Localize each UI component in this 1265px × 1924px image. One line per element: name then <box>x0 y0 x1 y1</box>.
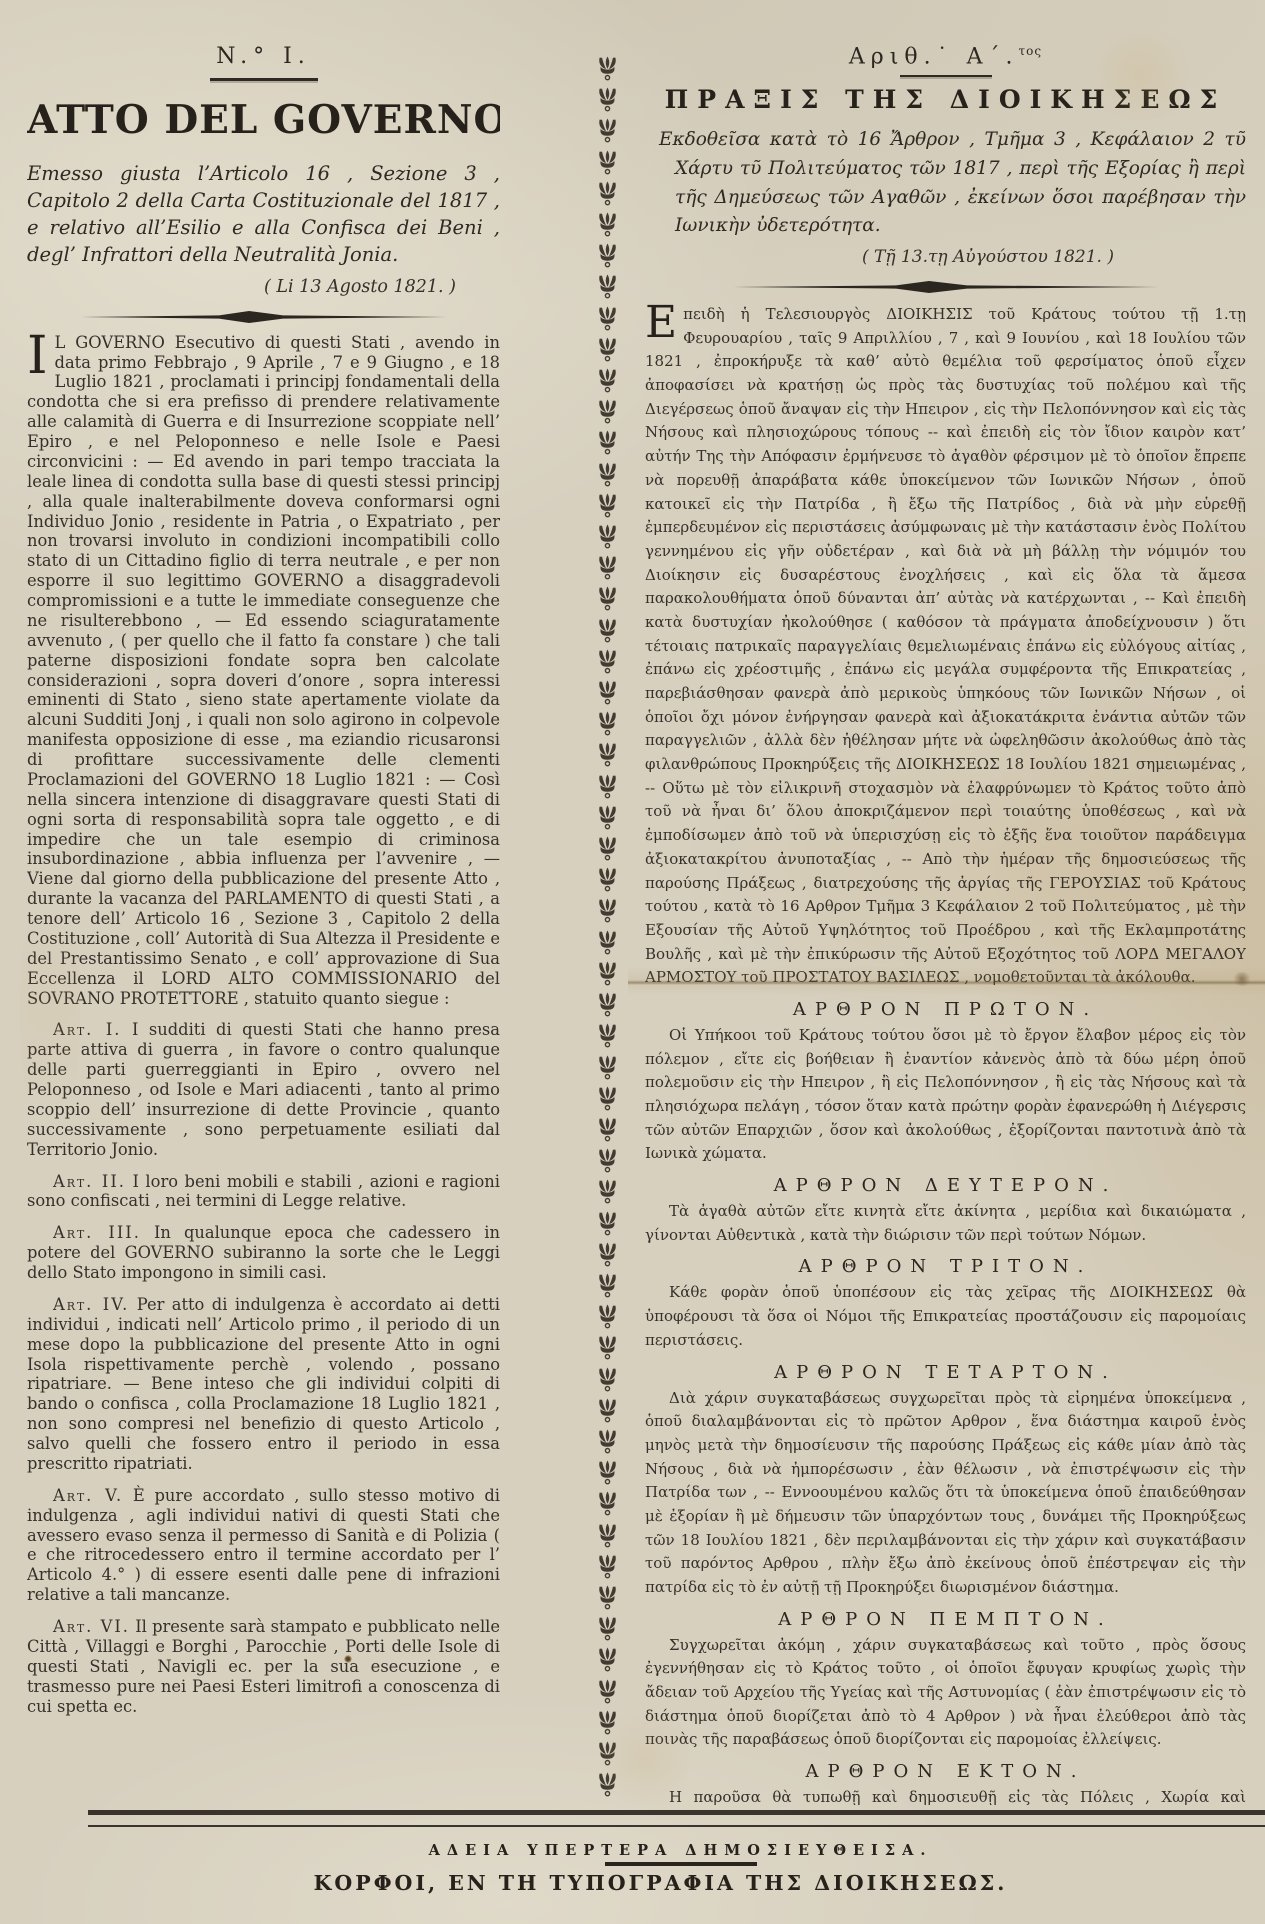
article-2-italian: Art. II. I loro beni mobili e stabili , … <box>27 1172 500 1212</box>
tulip-fleuron-icon <box>597 493 618 520</box>
document-number-greek-text: Αριθ.˙ Α΄. <box>849 44 1019 69</box>
subtitle-greek: Εκδοθεῖσα κατὰ τὸ 16 Ἄρθρον , Τμῆμα 3 , … <box>645 126 1246 241</box>
tulip-fleuron-icon <box>597 1117 618 1144</box>
tulip-fleuron-icon <box>597 118 618 145</box>
article-3-italian: Art. III. In qualunque epoca che cadesse… <box>27 1223 500 1283</box>
tulip-fleuron-icon <box>597 1554 618 1581</box>
tulip-fleuron-icon <box>597 87 618 114</box>
preamble-italian: IL GOVERNO Esecutivo di questi Stati , a… <box>27 333 500 1009</box>
tulip-fleuron-icon <box>597 1679 618 1706</box>
tulip-fleuron-icon <box>597 399 618 426</box>
paper-stain <box>600 1700 690 1820</box>
article-3-label: Art. III. <box>53 1223 141 1242</box>
tulip-fleuron-icon <box>597 992 618 1019</box>
tulip-fleuron-icon <box>597 430 618 457</box>
tulip-fleuron-icon <box>597 1335 618 1362</box>
article-4-italian: Art. IV. Per atto di indulgenza è accord… <box>27 1295 500 1474</box>
tulip-fleuron-icon <box>597 649 618 676</box>
tulip-fleuron-icon <box>597 212 618 239</box>
article-1-italian: Art. I. I sudditi di questi Stati che ha… <box>27 1020 500 1159</box>
article-2-heading-greek: ΑΡΘΡΟΝ ΔΕΥΤΕΡΟΝ. <box>645 1175 1246 1196</box>
tulip-fleuron-icon <box>597 1148 618 1175</box>
article-6-heading-greek: ΑΡΘΡΟΝ ΕΚΤΟΝ. <box>645 1761 1246 1782</box>
imprint-short-rule <box>605 1862 757 1866</box>
italian-column: N.° I. ATTO DEL GOVERNO Emesso giusta l’… <box>27 44 500 1800</box>
tulip-fleuron-icon <box>597 1304 618 1331</box>
date-italian: ( Li 13 Agosto 1821. ) <box>27 277 500 297</box>
tulip-fleuron-icon <box>597 742 618 769</box>
tulip-fleuron-icon <box>597 150 618 177</box>
article-3-greek: Κάθε φορὰν ὁποῦ ὑποπέσουν εἰς τὰς χεῖρας… <box>645 1281 1246 1352</box>
fleuron-divider-column <box>589 56 625 1800</box>
preamble-greek: Επειδὴ ἡ Τελεσιουργὸς ΔΙΟΙΚΗΣΙΣ τοῦ Κράτ… <box>645 303 1246 990</box>
tulip-fleuron-icon <box>597 898 618 925</box>
article-5-italian: Art. V. È pure accordato , sullo stesso … <box>27 1486 500 1605</box>
tulip-fleuron-icon <box>597 1647 618 1674</box>
paper-stain <box>1080 30 1200 120</box>
tulip-fleuron-icon <box>597 836 618 863</box>
footer-double-rule <box>88 1810 1265 1827</box>
tulip-fleuron-icon <box>597 181 618 208</box>
tulip-fleuron-icon <box>597 337 618 364</box>
tulip-fleuron-icon <box>597 1273 618 1300</box>
article-5-greek: Συγχωρεῖται ἀκόμη , χάριν συγκαταβάσεως … <box>645 1634 1246 1752</box>
article-1-text: I sudditi di questi Stati che hanno pres… <box>27 1020 500 1158</box>
article-1-heading-greek: ΑΡΘΡΟΝ ΠΡΩΤΟΝ. <box>645 999 1246 1020</box>
tulip-fleuron-icon <box>597 524 618 551</box>
tulip-fleuron-icon <box>597 1460 618 1487</box>
article-2-greek: Τὰ ἀγαθὰ αὐτῶν εἴτε κινητὰ εἴτε ἀκίνητα … <box>645 1200 1246 1247</box>
imprint-permission-line: ΑΔΕΙΑ ΥΠΕΡΤΕΡΑ ΔΗΜΟΣΙΕΥΘΕΙΣΑ. <box>48 1842 1265 1859</box>
tulip-fleuron-icon <box>597 243 618 270</box>
rule-under-number-italian <box>210 78 318 81</box>
date-greek: ( Τῇ 13.τῃ Αὐγούστου 1821. ) <box>645 247 1246 267</box>
article-1-greek: Οἱ Υπήκοοι τοῦ Κράτους τούτου ὅσοι μὲ τὸ… <box>645 1024 1246 1166</box>
article-5-heading-greek: ΑΡΘΡΟΝ ΠΕΜΠΤΟΝ. <box>645 1609 1246 1630</box>
document-page: N.° I. ATTO DEL GOVERNO Emesso giusta l’… <box>0 0 1265 1924</box>
fold-crease-line <box>628 980 1265 985</box>
subtitle-italian: Emesso giusta l’Articolo 16 , Sezione 3 … <box>27 161 500 269</box>
tulip-fleuron-icon <box>597 1429 618 1456</box>
tulip-fleuron-icon <box>597 1242 618 1269</box>
tulip-fleuron-icon <box>597 680 618 707</box>
tulip-fleuron-icon <box>597 961 618 988</box>
tulip-fleuron-icon <box>597 306 618 333</box>
tulip-fleuron-icon <box>597 1616 618 1643</box>
tulip-fleuron-icon <box>597 618 618 645</box>
article-4-label: Art. IV. <box>53 1295 129 1314</box>
diamond-rule-italian <box>79 310 449 324</box>
tulip-fleuron-icon <box>597 1055 618 1082</box>
article-3-heading-greek: ΑΡΘΡΟΝ ΤΡΙΤΟΝ. <box>645 1256 1246 1277</box>
imprint-block: ΑΔΕΙΑ ΥΠΕΡΤΕΡΑ ΔΗΜΟΣΙΕΥΘΕΙΣΑ. ΚΟΡΦΟΙ, ΕΝ… <box>0 1842 1265 1895</box>
tulip-fleuron-icon <box>597 1523 618 1550</box>
title-italian: ATTO DEL GOVERNO <box>27 97 500 143</box>
tulip-fleuron-icon <box>597 462 618 489</box>
article-6-italian: Art. VI. Il presente sarà stampato e pub… <box>27 1617 500 1716</box>
article-4-text: Per atto di indulgenza è accordato ai de… <box>27 1295 500 1473</box>
tulip-fleuron-icon <box>597 805 618 832</box>
document-number-greek-sup: τος <box>1018 44 1042 58</box>
article-4-heading-greek: ΑΡΘΡΟΝ ΤΕΤΑΡΤΟΝ. <box>645 1362 1246 1383</box>
tulip-fleuron-icon <box>597 867 618 894</box>
paper-stain <box>20 860 80 1160</box>
tulip-fleuron-icon <box>597 774 618 801</box>
tulip-fleuron-icon <box>597 1211 618 1238</box>
tulip-fleuron-icon <box>597 1491 618 1518</box>
article-6-greek: Η παροῦσα θὰ τυπωθῇ καὶ δημοσιευθῇ εἰς τ… <box>645 1786 1246 1806</box>
tulip-fleuron-icon <box>597 1398 618 1425</box>
tulip-fleuron-icon <box>597 930 618 957</box>
tulip-fleuron-icon <box>597 555 618 582</box>
imprint-press-line: ΚΟΡΦΟΙ, ΕΝ ΤΗ ΤΥΠΟΓΡΑΦΙΑ ΤΗΣ ΔΙΟΙΚΗΣΕΩΣ. <box>28 1871 1265 1895</box>
tulip-fleuron-icon <box>597 56 618 83</box>
document-number-italian: N.° I. <box>27 44 500 69</box>
article-2-label: Art. II. <box>53 1172 126 1191</box>
tulip-fleuron-icon <box>597 368 618 395</box>
tulip-fleuron-icon <box>597 1179 618 1206</box>
tulip-fleuron-icon <box>597 1585 618 1612</box>
article-5-label: Art. V. <box>53 1486 123 1505</box>
tulip-fleuron-icon <box>597 1086 618 1113</box>
rule-under-number-greek <box>900 75 992 77</box>
article-6-label: Art. VI. <box>53 1617 130 1636</box>
tulip-fleuron-icon <box>597 1367 618 1394</box>
article-4-greek: Διὰ χάριν συγκαταβάσεως συγχωρεῖται πρὸς… <box>645 1387 1246 1600</box>
tulip-fleuron-icon <box>597 1023 618 1050</box>
tulip-fleuron-icon <box>597 586 618 613</box>
edge-stain <box>1232 972 1252 986</box>
greek-column: Αριθ.˙ Α΄.τος ΠΡΑΞΙΣ ΤΗΣ ΔΙΟΙΚΗΣΕΩΣ Εκδο… <box>645 44 1246 1806</box>
ink-spot <box>344 1655 352 1663</box>
tulip-fleuron-icon <box>597 274 618 301</box>
diamond-rule-greek <box>731 280 1161 294</box>
tulip-fleuron-icon <box>597 711 618 738</box>
